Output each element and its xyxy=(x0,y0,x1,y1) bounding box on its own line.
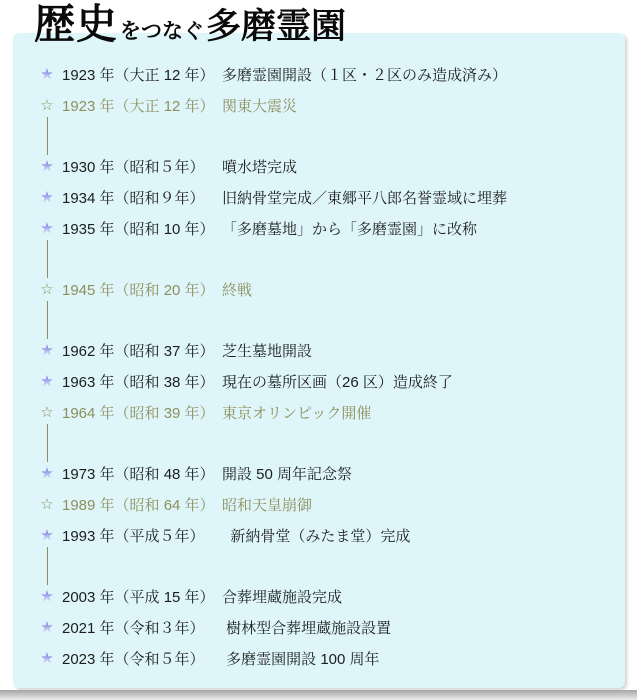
title-part-medium: 多磨霊園 xyxy=(206,6,346,47)
page: 歴史をつなぐ多磨霊園 ★ 1923 年（大正 12 年） 多磨霊園開設（１区・２… xyxy=(0,0,637,700)
timeline-row: ☆ 1964 年（昭和 39 年） 東京オリンピック開催 xyxy=(35,397,625,428)
event-year: 1935 年（昭和 10 年） xyxy=(59,218,222,239)
event-description: 関東大震災 xyxy=(222,95,297,116)
timeline-connector xyxy=(35,121,625,151)
star-filled-icon: ★ xyxy=(35,528,59,543)
event-description: 合葬埋蔵施設完成 xyxy=(222,586,342,607)
connector-line xyxy=(47,301,48,339)
star-filled-icon: ★ xyxy=(35,190,59,205)
connector-line xyxy=(47,424,48,462)
timeline-row: ★ 1934 年（昭和９年） 旧納骨堂完成／東郷平八郎名誉霊域に埋葬 xyxy=(35,182,625,213)
star-filled-icon: ★ xyxy=(35,221,59,236)
star-outline-icon: ☆ xyxy=(35,282,59,297)
star-outline-icon: ☆ xyxy=(35,405,59,420)
timeline-row: ★ 1963 年（昭和 38 年） 現在の墓所区画（26 区）造成終了 xyxy=(35,366,625,397)
connector-line xyxy=(47,547,48,585)
star-filled-icon: ★ xyxy=(35,159,59,174)
event-description: 昭和天皇崩御 xyxy=(222,494,312,515)
timeline-connector xyxy=(35,244,625,274)
event-year: 1963 年（昭和 38 年） xyxy=(59,371,222,392)
timeline-row: ★ 1962 年（昭和 37 年） 芝生墓地開設 xyxy=(35,335,625,366)
star-filled-icon: ★ xyxy=(35,651,59,666)
star-filled-icon: ★ xyxy=(35,343,59,358)
star-filled-icon: ★ xyxy=(35,589,59,604)
event-year: 1930 年（昭和５年） xyxy=(59,156,222,177)
event-description: 終戦 xyxy=(222,279,252,300)
event-year: 1923 年（大正 12 年） xyxy=(59,95,222,116)
event-description: 芝生墓地開設 xyxy=(222,340,312,361)
event-year: 2023 年（令和５年） xyxy=(59,648,222,669)
timeline-row: ★ 1993 年（平成５年） 新納骨堂（みたま堂）完成 xyxy=(35,520,625,551)
timeline-row: ★ 1930 年（昭和５年） 噴水塔完成 xyxy=(35,151,625,182)
bottom-shadow xyxy=(0,690,637,700)
timeline-row: ★ 2023 年（令和５年） 多磨霊園開設 100 周年 xyxy=(35,643,625,674)
event-year: 1945 年（昭和 20 年） xyxy=(59,279,222,300)
page-title: 歴史をつなぐ多磨霊園 xyxy=(34,0,346,55)
timeline-panel: ★ 1923 年（大正 12 年） 多磨霊園開設（１区・２区のみ造成済み） ☆ … xyxy=(13,33,625,688)
timeline-connector xyxy=(35,551,625,581)
event-description: 多磨霊園開設 100 周年 xyxy=(222,648,380,669)
timeline-row: ☆ 1923 年（大正 12 年） 関東大震災 xyxy=(35,90,625,121)
event-year: 1973 年（昭和 48 年） xyxy=(59,463,222,484)
timeline-row: ★ 1923 年（大正 12 年） 多磨霊園開設（１区・２区のみ造成済み） xyxy=(35,59,625,90)
star-filled-icon: ★ xyxy=(35,67,59,82)
event-year: 1934 年（昭和９年） xyxy=(59,187,222,208)
event-year: 1993 年（平成５年） xyxy=(59,525,222,546)
event-description: 樹林型合葬埋蔵施設設置 xyxy=(222,617,391,638)
timeline-row: ☆ 1945 年（昭和 20 年） 終戦 xyxy=(35,274,625,305)
title-part-small: をつなぐ xyxy=(120,18,204,43)
event-year: 1923 年（大正 12 年） xyxy=(59,64,222,85)
star-filled-icon: ★ xyxy=(35,620,59,635)
timeline-connector xyxy=(35,428,625,458)
event-description: 「多磨墓地」から「多磨霊園」に改称 xyxy=(222,218,477,239)
event-description: 開設 50 周年記念祭 xyxy=(222,463,352,484)
event-description: 旧納骨堂完成／東郷平八郎名誉霊域に埋葬 xyxy=(222,187,507,208)
timeline-row: ☆ 1989 年（昭和 64 年） 昭和天皇崩御 xyxy=(35,489,625,520)
connector-line xyxy=(47,117,48,155)
event-description: 噴水塔完成 xyxy=(222,156,297,177)
event-year: 1964 年（昭和 39 年） xyxy=(59,402,222,423)
event-year: 1962 年（昭和 37 年） xyxy=(59,340,222,361)
star-outline-icon: ☆ xyxy=(35,98,59,113)
event-year: 2021 年（令和３年） xyxy=(59,617,222,638)
connector-line xyxy=(47,240,48,278)
event-year: 1989 年（昭和 64 年） xyxy=(59,494,222,515)
star-outline-icon: ☆ xyxy=(35,497,59,512)
title-part-large: 歴史 xyxy=(34,0,118,48)
star-filled-icon: ★ xyxy=(35,466,59,481)
star-filled-icon: ★ xyxy=(35,374,59,389)
timeline-row: ★ 2021 年（令和３年） 樹林型合葬埋蔵施設設置 xyxy=(35,612,625,643)
event-year: 2003 年（平成 15 年） xyxy=(59,586,222,607)
event-description: 東京オリンピック開催 xyxy=(222,402,371,423)
timeline-row: ★ 1935 年（昭和 10 年） 「多磨墓地」から「多磨霊園」に改称 xyxy=(35,213,625,244)
event-description: 多磨霊園開設（１区・２区のみ造成済み） xyxy=(222,64,507,85)
timeline-connector xyxy=(35,305,625,335)
timeline-row: ★ 1973 年（昭和 48 年） 開設 50 周年記念祭 xyxy=(35,458,625,489)
event-description: 新納骨堂（みたま堂）完成 xyxy=(222,525,410,546)
event-description: 現在の墓所区画（26 区）造成終了 xyxy=(222,371,453,392)
timeline-row: ★ 2003 年（平成 15 年） 合葬埋蔵施設完成 xyxy=(35,581,625,612)
